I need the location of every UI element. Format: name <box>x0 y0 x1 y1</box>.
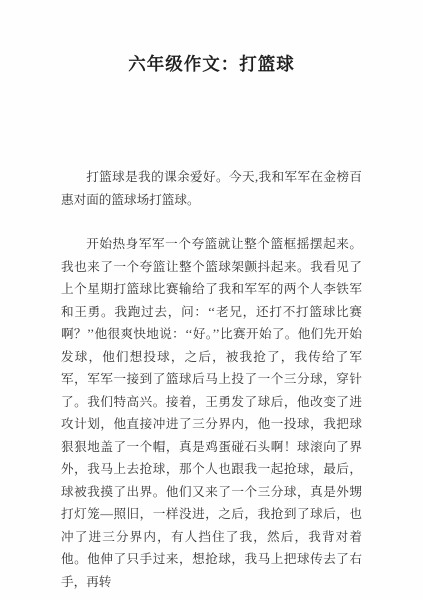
essay-paragraph: 打篮球是我的课余爱好。今天,我和军军在金榜百惠对面的篮球场打篮球。 <box>61 166 362 211</box>
essay-paragraph: 开始热身军军一个夸篮就让整个篮框摇摆起来。我也来了一个夸篮让整个篮球架颤抖起来。… <box>61 233 362 593</box>
document-page: 六年级作文：打篮球 打篮球是我的课余爱好。今天,我和军军在金榜百惠对面的篮球场打… <box>0 0 423 600</box>
essay-body: 打篮球是我的课余爱好。今天,我和军军在金榜百惠对面的篮球场打篮球。 开始热身军军… <box>61 166 362 593</box>
essay-title: 六年级作文：打篮球 <box>0 0 423 76</box>
